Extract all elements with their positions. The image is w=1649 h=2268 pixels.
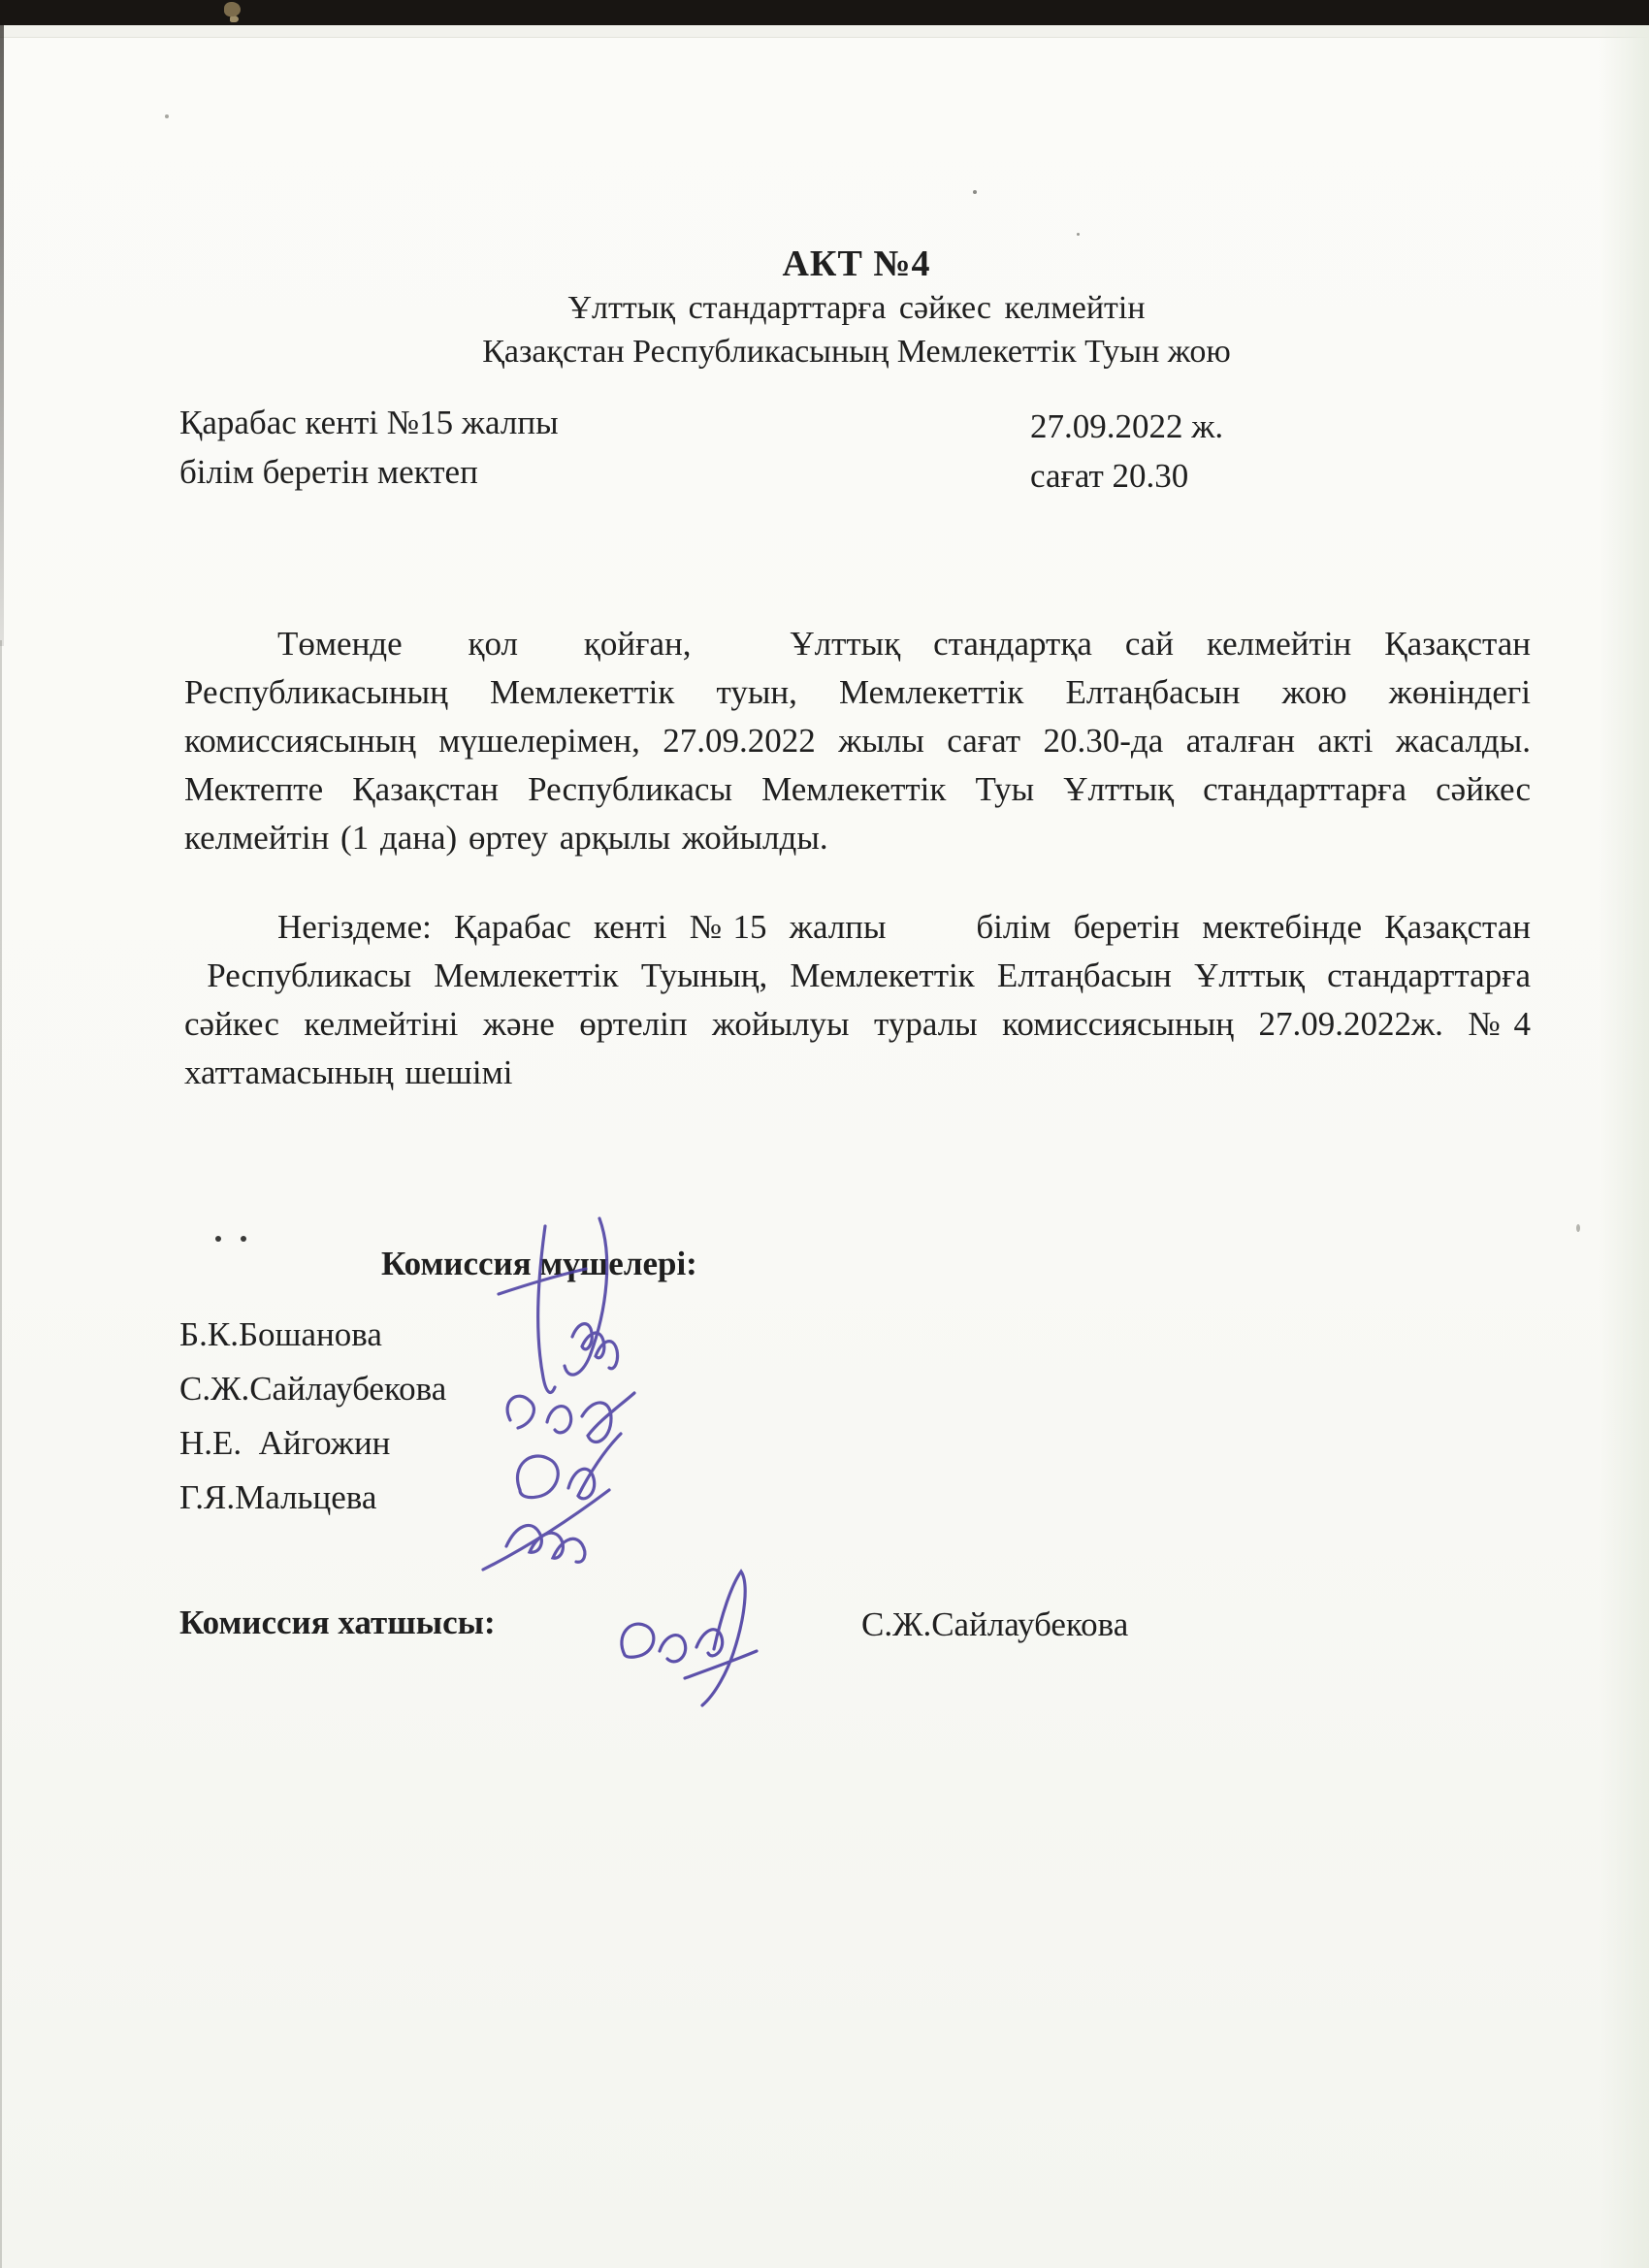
document-subtitle-line2: Қазақстан Республикасының Мемлекеттік Ту… <box>184 334 1529 371</box>
commission-member: Б.К.Бошанова <box>179 1308 446 1362</box>
issuer-line1: Қарабас кенті №15 жалпы <box>179 398 559 447</box>
scan-left-edge <box>0 25 4 646</box>
scan-speck <box>973 190 977 194</box>
document-date: 27.09.2022 ж. <box>1030 402 1223 451</box>
scan-left-edge-faint <box>0 640 2 2268</box>
commission-member: Н.Е. Айгожин <box>179 1416 446 1471</box>
scan-speck <box>165 114 169 118</box>
document-subtitle-line1: Ұлттық стандарттарға сәйкес келмейтін <box>184 290 1529 327</box>
scan-speck <box>215 1236 221 1242</box>
scanned-document-page: АКТ №4 Ұлттық стандарттарға сәйкес келме… <box>0 0 1649 2268</box>
body-paragraph-2: Негіздеме: Қарабас кенті №15 жалпы білім… <box>184 903 1531 1097</box>
commission-member: С.Ж.Сайлаубекова <box>179 1362 446 1416</box>
secretary-signature-ink <box>599 1560 784 1715</box>
commission-members-heading: Комиссия мүшелері: <box>381 1245 697 1283</box>
datetime-block: 27.09.2022 ж. сағат 20.30 <box>1030 402 1223 501</box>
document-title: АКТ №4 <box>184 243 1529 285</box>
commission-member: Г.Я.Мальцева <box>179 1471 446 1525</box>
scan-speck <box>1576 1224 1580 1232</box>
commission-members-list: Б.К.Бошанова С.Ж.Сайлаубекова Н.Е. Айгож… <box>179 1308 446 1525</box>
secretary-name: С.Ж.Сайлаубекова <box>861 1605 1128 1644</box>
issuer-line2: білім беретін мектеп <box>179 447 559 497</box>
scan-speck <box>241 1236 246 1242</box>
document-time: сағат 20.30 <box>1030 451 1223 501</box>
body-paragraph-1: Төменде қол қойған, Ұлттық стандартқа са… <box>184 620 1531 862</box>
scan-speck <box>1077 233 1080 236</box>
issuer-block: Қарабас кенті №15 жалпы білім беретін ме… <box>179 398 559 497</box>
secretary-label: Комиссия хатшысы: <box>179 1604 496 1642</box>
paper-top-edge <box>0 25 1649 38</box>
scan-top-edge <box>0 0 1649 25</box>
staple-mark <box>224 2 241 16</box>
scan-right-shadow <box>1599 25 1649 2268</box>
